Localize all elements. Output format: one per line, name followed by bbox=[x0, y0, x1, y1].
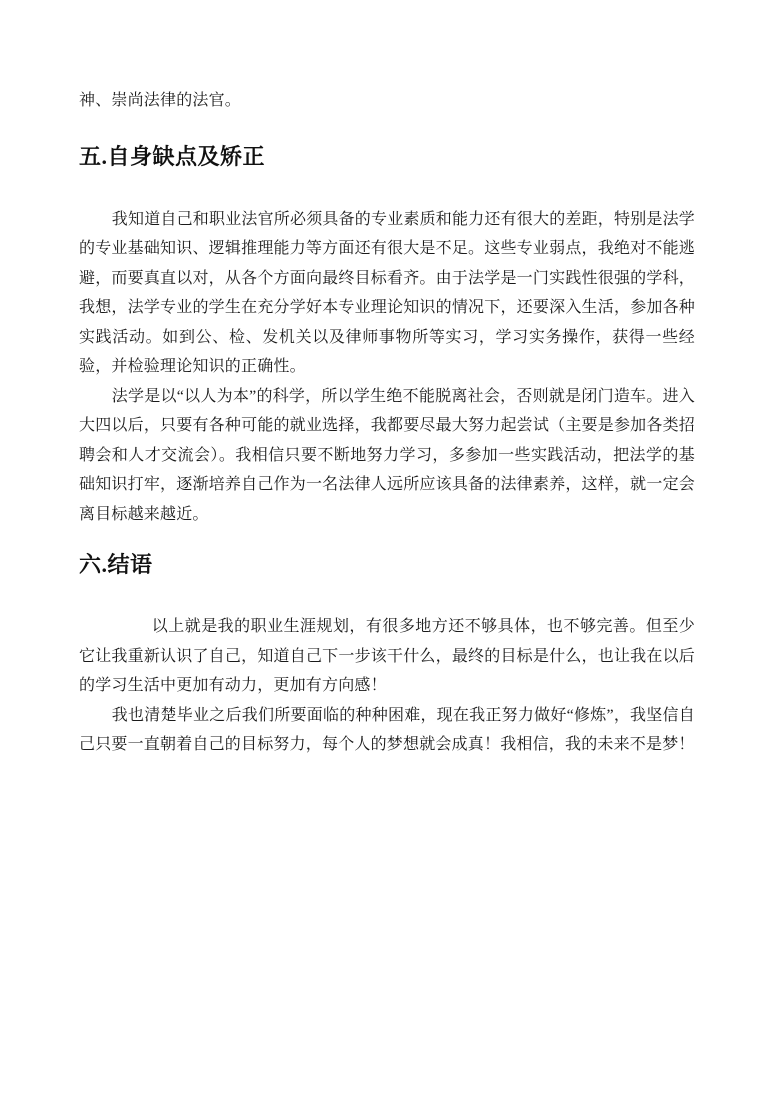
section-heading-conclusion: 六.结语 bbox=[79, 549, 695, 581]
paragraph-conclusion-2: 我也清楚毕业之后我们所要面临的种种困难，现在我正努力做好“修炼”，我坚信自己只要… bbox=[79, 701, 695, 760]
paragraph-conclusion-1: 以上就是我的职业生涯规划，有很多地方还不够具体，也不够完善。但至少它让我重新认识… bbox=[79, 612, 695, 701]
leading-line: 神、崇尚法律的法官。 bbox=[79, 86, 695, 116]
document-page: 神、崇尚法律的法官。 五.自身缺点及矫正 我知道自己和职业法官所必须具备的专业素… bbox=[0, 0, 774, 1095]
page-content: 神、崇尚法律的法官。 五.自身缺点及矫正 我知道自己和职业法官所必须具备的专业素… bbox=[79, 86, 695, 760]
section-heading-self-defects: 五.自身缺点及矫正 bbox=[79, 141, 695, 173]
paragraph-self-defects-1: 我知道自己和职业法官所必须具备的专业素质和能力还有很大的差距，特别是法学的专业基… bbox=[79, 205, 695, 382]
paragraph-self-defects-2: 法学是以“以人为本”的科学，所以学生绝不能脱离社会，否则就是闭门造车。进入大四以… bbox=[79, 382, 695, 530]
